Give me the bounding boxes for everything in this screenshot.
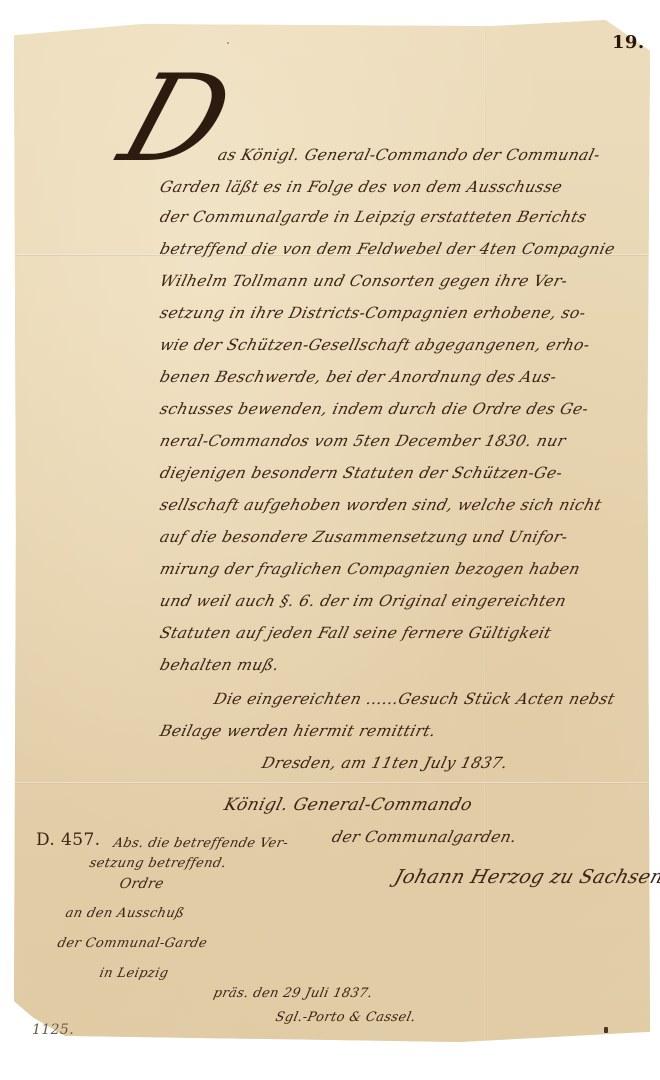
body-line: der Communalgarde in Leipzig erstatteten… <box>158 208 589 226</box>
ink-speck <box>604 1027 608 1033</box>
body-line: sellschaft aufgehoben worden sind, welch… <box>158 496 604 514</box>
archive-number: 1125. <box>32 1022 74 1038</box>
recipient-line: der Communal-Garde <box>56 936 209 951</box>
body-line: betreffend die von dem Feldwebel der 4te… <box>158 240 617 258</box>
body-line: schusses bewenden, indem durch die Ordre… <box>158 400 591 418</box>
body-line: diejenigen besondern Statuten der Schütz… <box>158 464 565 482</box>
ink-speck <box>227 42 229 44</box>
date-line: Dresden, am 11ten July 1837. <box>260 754 510 772</box>
body-line: setzung in ihre Districts-Compagnien erh… <box>158 304 588 322</box>
closing-line: Die eingereichten ......Gesuch Stück Act… <box>212 690 617 708</box>
reference-number: D. 457. <box>36 830 100 850</box>
reference-note: Abs. die betreffende Ver- <box>112 836 290 851</box>
recipient-line: in Leipzig <box>98 966 170 981</box>
body-line: mirung der fraglichen Compagnien bezogen… <box>158 560 582 578</box>
closing-line: Beilage werden hiermit remittirt. <box>158 722 438 740</box>
authority-line: der Communalgarden. <box>330 828 519 846</box>
body-line: auf die besondere Zusammensetzung und Un… <box>158 528 570 546</box>
fold-line-lower <box>14 782 650 784</box>
body-line: as Königl. General-Commando der Communal… <box>216 146 602 164</box>
body-line: Statuten auf jeden Fall seine fernere Gü… <box>158 624 553 642</box>
body-line: neral-Commandos vom 5ten December 1830. … <box>158 432 568 450</box>
folio-number: 19. <box>612 32 645 53</box>
body-line: behalten muß. <box>158 656 281 674</box>
reference-note: setzung betreffend. <box>88 856 228 871</box>
body-line: Wilhelm Tollmann und Consorten gegen ihr… <box>158 272 570 290</box>
recipient-line: an den Ausschuß <box>64 906 186 921</box>
authority-line: Königl. General-Commando <box>222 795 474 815</box>
body-line: wie der Schützen-Gesellschaft abgegangen… <box>158 336 592 354</box>
body-line: benen Beschwerde, bei der Anordnung des … <box>158 368 559 386</box>
ordre-label: Ordre <box>118 876 166 892</box>
receipt-line: präs. den 29 Juli 1837. <box>212 986 374 1001</box>
body-line: Garden läßt es in Folge des von dem Auss… <box>158 178 564 196</box>
body-line: und weil auch §. 6. der im Original eing… <box>158 592 568 610</box>
receipt-line: Sgl.-Porto & Cassel. <box>274 1010 417 1025</box>
signature: Johann Herzog zu Sachsen <box>392 866 660 888</box>
